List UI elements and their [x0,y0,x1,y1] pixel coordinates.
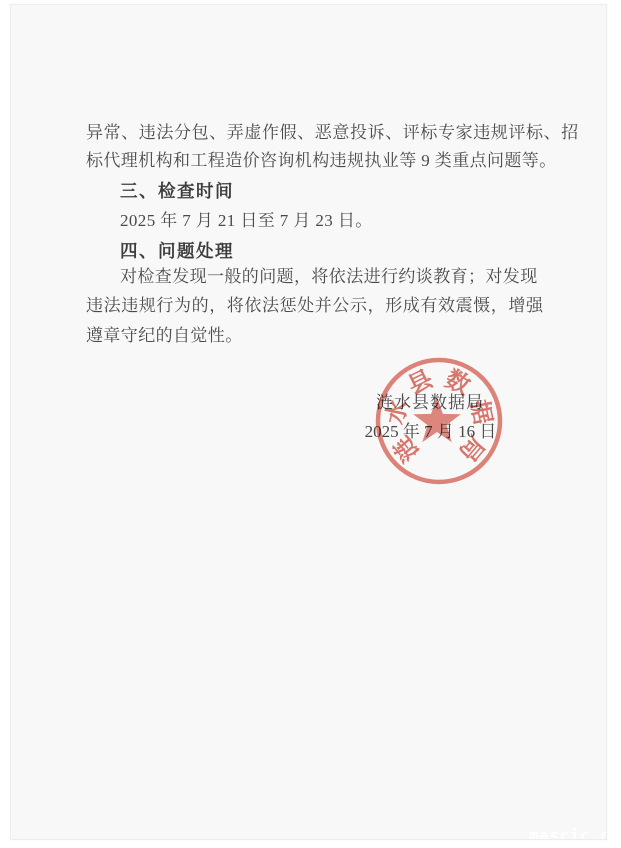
seal-char-2: 水 [382,398,413,427]
seal-graphic: 涟 水 县 数 据 局 [364,346,514,496]
official-seal-stamp: 涟 水 县 数 据 局 [364,346,514,496]
document-scan-viewport: { "document": { "paragraph1": { "line1":… [0,0,621,848]
section4-line2: 违法违规行为的，将依法惩处并公示，形成有效震慑，增强 [86,296,544,316]
paragraph1-line1: 异常、违法分包、弄虚作假、恶意投诉、评标专家违规评标、招 [86,123,579,143]
section3-body: 2025 年 7 月 21 日至 7 月 23 日。 [120,211,373,231]
seal-star-icon [413,397,461,442]
seal-char-5: 据 [465,397,497,427]
section4-heading: 四、问题处理 [120,241,234,261]
scanned-document-page: 异常、违法分包、弄虚作假、恶意投诉、评标专家违规评标、招 标代理机构和工程造价咨… [10,4,607,840]
section4-line1: 对检查发现一般的问题，将依法进行约谈教育；对发现 [120,267,538,287]
section3-heading: 三、检查时间 [120,181,234,201]
site-watermark: mascic.co [529,826,607,840]
paragraph1-line2: 标代理机构和工程造价咨询机构违规执业等 9 类重点问题等。 [86,151,557,171]
section4-line3: 遵章守纪的自觉性。 [86,326,243,346]
